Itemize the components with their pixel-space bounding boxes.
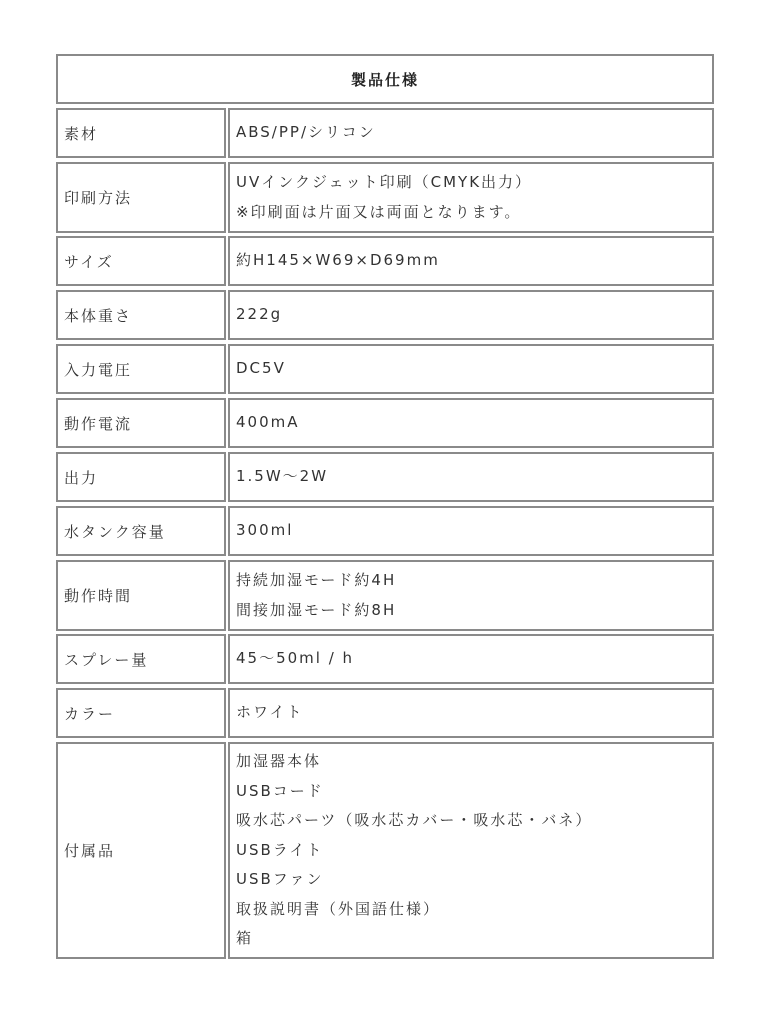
spec-label: 本体重さ [56, 290, 226, 340]
spec-value-line: 222g [236, 300, 712, 330]
spec-value-line: 1.5W〜2W [236, 462, 712, 492]
spec-value: 45〜50ml / h [228, 634, 714, 684]
spec-label: 素材 [56, 108, 226, 158]
table-title: 製品仕様 [56, 54, 714, 104]
spec-value: UVインクジェット印刷（CMYK出力）※印刷面は片面又は両面となります。 [228, 162, 714, 233]
spec-value-line: UVインクジェット印刷（CMYK出力） [236, 168, 712, 198]
spec-value-line: 300ml [236, 516, 712, 546]
spec-label: 動作電流 [56, 398, 226, 448]
spec-value: 222g [228, 290, 714, 340]
spec-value-line: USBコード [236, 777, 712, 807]
spec-value-line: 取扱説明書（外国語仕様） [236, 895, 712, 925]
spec-value-line: ホワイト [236, 698, 712, 728]
spec-value-line: USBファン [236, 865, 712, 895]
spec-value-line: ABS/PP/シリコン [236, 118, 712, 148]
spec-label: カラー [56, 688, 226, 738]
spec-value-line: 箱 [236, 924, 712, 954]
spec-label: 付属品 [56, 742, 226, 959]
spec-label: 入力電圧 [56, 344, 226, 394]
spec-value: ホワイト [228, 688, 714, 738]
spec-value-line: USBライト [236, 836, 712, 866]
spec-label: 出力 [56, 452, 226, 502]
spec-value-line: 間接加湿モード約8H [236, 596, 712, 626]
spec-value-line: 約H145×W69×D69mm [236, 246, 712, 276]
spec-value-line: ※印刷面は片面又は両面となります。 [236, 198, 712, 228]
spec-value: 持続加湿モード約4H間接加湿モード約8H [228, 560, 714, 631]
spec-label: 動作時間 [56, 560, 226, 631]
spec-value: 300ml [228, 506, 714, 556]
spec-label: 水タンク容量 [56, 506, 226, 556]
spec-value-line: 45〜50ml / h [236, 644, 712, 674]
spec-label: スプレー量 [56, 634, 226, 684]
spec-value: ABS/PP/シリコン [228, 108, 714, 158]
spec-value: 1.5W〜2W [228, 452, 714, 502]
spec-label: サイズ [56, 236, 226, 286]
spec-value-line: 400mA [236, 408, 712, 438]
spec-value-line: 加湿器本体 [236, 747, 712, 777]
spec-value-line: 吸水芯パーツ（吸水芯カバー・吸水芯・バネ） [236, 806, 712, 836]
spec-label: 印刷方法 [56, 162, 226, 233]
spec-value-line: DC5V [236, 354, 712, 384]
spec-value: DC5V [228, 344, 714, 394]
spec-value: 400mA [228, 398, 714, 448]
spec-value: 加湿器本体USBコード吸水芯パーツ（吸水芯カバー・吸水芯・バネ）USBライトUS… [228, 742, 714, 959]
spec-value-line: 持続加湿モード約4H [236, 566, 712, 596]
spec-value: 約H145×W69×D69mm [228, 236, 714, 286]
